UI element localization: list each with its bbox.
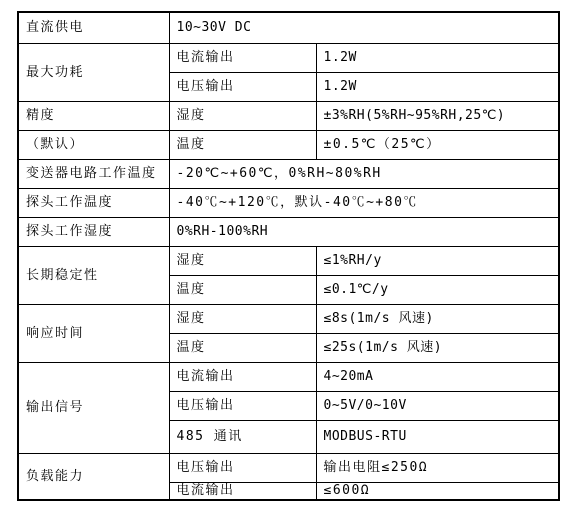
spec-param-cell: 485 通讯: [169, 420, 316, 453]
spec-label-cell: 负载能力: [18, 453, 169, 500]
spec-value-cell: 4~20mA: [316, 362, 559, 391]
spec-value-cell: ≤600Ω: [316, 482, 559, 500]
spec-value-cell: -20℃~+60℃，0%RH~80%RH: [169, 159, 559, 188]
spec-param-cell: 温度: [169, 333, 316, 362]
spec-value-cell: 输出电阻≤250Ω: [316, 453, 559, 482]
spec-value-cell: 10~30V DC: [169, 12, 559, 43]
spec-label-cell: 最大功耗: [18, 43, 169, 101]
spec-value-cell: 1.2W: [316, 72, 559, 101]
spec-param-cell: 湿度: [169, 246, 316, 275]
spec-value-cell: 0~5V/0~10V: [316, 391, 559, 420]
spec-param-cell: 电流输出: [169, 43, 316, 72]
spec-param-cell: 湿度: [169, 304, 316, 333]
spec-row: 最大功耗 电流输出 1.2W: [18, 43, 559, 72]
spec-param-cell: 电压输出: [169, 453, 316, 482]
spec-param-cell: 温度: [169, 130, 316, 159]
spec-param-cell: 湿度: [169, 101, 316, 130]
spec-label-cell: 直流供电: [18, 12, 169, 43]
spec-value-cell: ±3%RH(5%RH~95%RH,25℃): [316, 101, 559, 130]
spec-row: 探头工作温度 -40℃~+120℃，默认-40℃~+80℃: [18, 188, 559, 217]
spec-row: 响应时间 湿度 ≤8s(1m/s 风速): [18, 304, 559, 333]
spec-value-cell: 0%RH-100%RH: [169, 217, 559, 246]
spec-row: 负载能力 电压输出 输出电阻≤250Ω: [18, 453, 559, 482]
spec-row: 变送器电路工作温度 -20℃~+60℃，0%RH~80%RH: [18, 159, 559, 188]
spec-table: 直流供电 10~30V DC 最大功耗 电流输出 1.2W 电压输出 1.2W …: [17, 11, 560, 501]
spec-label-cell: 长期稳定性: [18, 246, 169, 304]
spec-label-cell: 变送器电路工作温度: [18, 159, 169, 188]
spec-row: 直流供电 10~30V DC: [18, 12, 559, 43]
spec-value-cell: ≤8s(1m/s 风速): [316, 304, 559, 333]
spec-label-cell: 精度: [18, 101, 169, 130]
spec-row: 探头工作湿度 0%RH-100%RH: [18, 217, 559, 246]
spec-value-cell: 1.2W: [316, 43, 559, 72]
spec-label-cell: 探头工作温度: [18, 188, 169, 217]
spec-param-cell: 电流输出: [169, 362, 316, 391]
spec-param-cell: 电流输出: [169, 482, 316, 500]
spec-label-cell: （默认）: [18, 130, 169, 159]
spec-label-cell: 输出信号: [18, 362, 169, 453]
spec-label-cell: 探头工作湿度: [18, 217, 169, 246]
spec-row: 输出信号 电流输出 4~20mA: [18, 362, 559, 391]
spec-param-cell: 温度: [169, 275, 316, 304]
spec-param-cell: 电压输出: [169, 72, 316, 101]
spec-row: 精度 湿度 ±3%RH(5%RH~95%RH,25℃): [18, 101, 559, 130]
spec-value-cell: ≤25s(1m/s 风速): [316, 333, 559, 362]
spec-row: 长期稳定性 湿度 ≤1%RH/y: [18, 246, 559, 275]
spec-value-cell: ±0.5℃（25℃）: [316, 130, 559, 159]
spec-label-cell: 响应时间: [18, 304, 169, 362]
spec-param-cell: 电压输出: [169, 391, 316, 420]
spec-value-cell: -40℃~+120℃，默认-40℃~+80℃: [169, 188, 559, 217]
spec-value-cell: MODBUS-RTU: [316, 420, 559, 453]
spec-document-page: 直流供电 10~30V DC 最大功耗 电流输出 1.2W 电压输出 1.2W …: [0, 0, 572, 519]
spec-value-cell: ≤0.1℃/y: [316, 275, 559, 304]
spec-row: （默认） 温度 ±0.5℃（25℃）: [18, 130, 559, 159]
spec-value-cell: ≤1%RH/y: [316, 246, 559, 275]
